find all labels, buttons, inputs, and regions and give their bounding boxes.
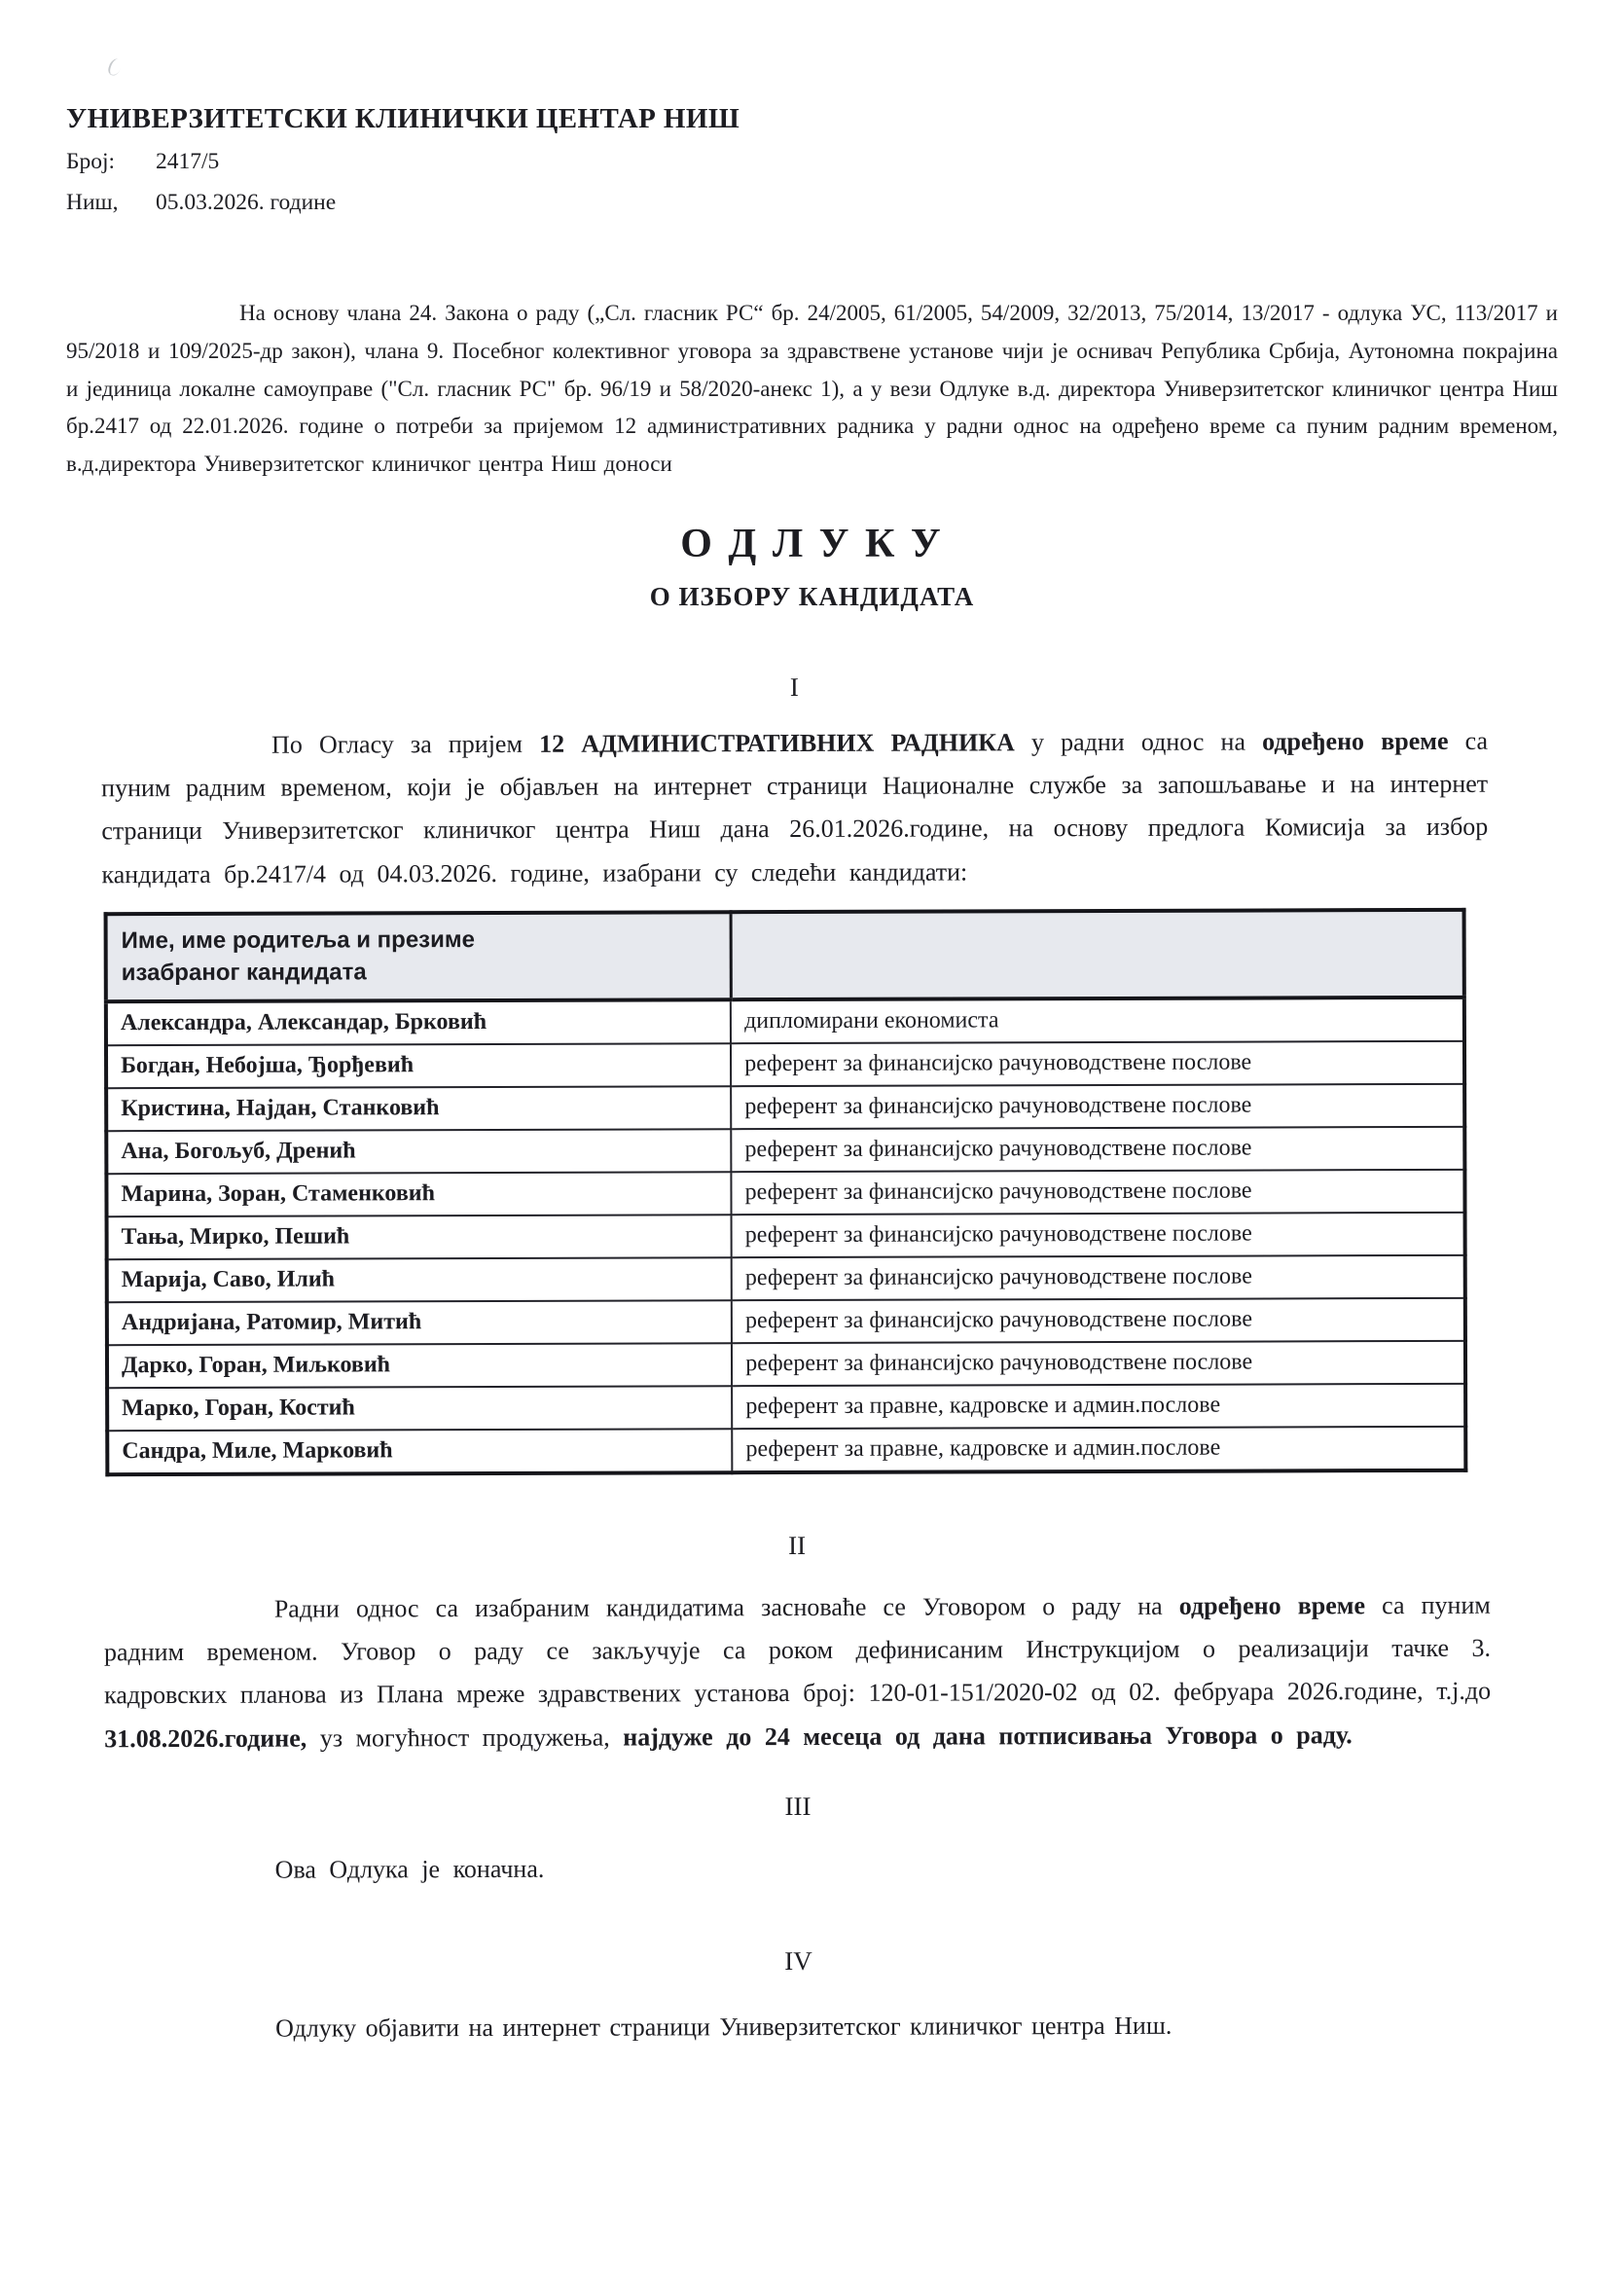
place-label: Ниш, bbox=[66, 188, 156, 218]
text-run-bold: одређено време bbox=[1179, 1591, 1365, 1620]
candidate-position-cell: референт за правне, кадровске и админ.по… bbox=[732, 1427, 1465, 1472]
candidate-position-cell: референт за финансијско рачуноводствене … bbox=[732, 1255, 1465, 1300]
candidate-position-cell: референт за финансијско рачуноводствене … bbox=[732, 1213, 1465, 1257]
place-date-line: Ниш, 05.03.2026. године bbox=[66, 188, 1558, 218]
table-header: Име, име родитеља и презиме изабраног ка… bbox=[106, 910, 1464, 1001]
table-header-row: Име, име родитеља и презиме изабраног ка… bbox=[106, 910, 1464, 1001]
document-number-line: Број: 2417/5 bbox=[66, 147, 1558, 177]
candidate-position-cell: референт за финансијско рачуноводствене … bbox=[732, 1298, 1465, 1343]
document-page: УНИВЕРЗИТЕТСКИ КЛИНИЧКИ ЦЕНТАР НИШ Број:… bbox=[0, 0, 1624, 2285]
decision-title: О Д Л У К У bbox=[66, 522, 1558, 566]
table-row: Марко, Горан, Костић референт за правне,… bbox=[107, 1384, 1465, 1431]
section-3-paragraph: Ова Одлука је коначна. bbox=[105, 1845, 1492, 1893]
section-2-paragraph: Радни однос са изабраним кандидатима зас… bbox=[104, 1584, 1492, 1760]
candidate-position-cell: референт за финансијско рачуноводствене … bbox=[731, 1041, 1464, 1086]
text-run: Радни однос са изабраним кандидатима зас… bbox=[274, 1592, 1179, 1623]
table-header-position-column bbox=[731, 910, 1464, 999]
text-run-bold: 31.08.2026.године, bbox=[104, 1723, 307, 1753]
section-numeral-2: II bbox=[104, 1527, 1491, 1566]
table-row: Кристина, Најдан, Станковић референт за … bbox=[106, 1084, 1464, 1131]
text-run-bold: 12 АДМИНИСТРАТИВНИХ РАДНИКА bbox=[539, 728, 1015, 758]
candidate-name-cell: Марија, Саво, Илић bbox=[107, 1257, 732, 1302]
candidate-position-cell: референт за финансијско рачуноводствене … bbox=[731, 1084, 1464, 1129]
candidate-position-cell: референт за правне, кадровске и админ.по… bbox=[732, 1384, 1465, 1429]
table-row: Александра, Александар, Брковић дипломир… bbox=[106, 997, 1464, 1045]
section-1-paragraph: По Огласу за пријем 12 АДМИНИСТРАТИВНИХ … bbox=[101, 720, 1489, 896]
text-run-bold: најдуже до 24 месеца од дана потписивања… bbox=[623, 1721, 1353, 1751]
text-run: у радни однос на bbox=[1015, 728, 1262, 757]
table-row: Сандра, Миле, Марковић референт за правн… bbox=[107, 1427, 1465, 1474]
decision-subtitle: О ИЗБОРУ КАНДИДАТА bbox=[66, 581, 1558, 612]
candidate-position-cell: референт за финансијско рачуноводствене … bbox=[731, 1127, 1464, 1172]
candidate-position-cell: референт за финансијско рачуноводствене … bbox=[732, 1170, 1465, 1215]
decision-body: I По Огласу за пријем 12 АДМИНИСТРАТИВНИ… bbox=[101, 669, 1492, 2051]
table-header-name-label: Име, име родитеља и презиме изабраног ка… bbox=[122, 925, 550, 989]
section-numeral-1: I bbox=[101, 669, 1488, 707]
candidates-table: Име, име родитеља и презиме изабраног ка… bbox=[104, 908, 1468, 1476]
table-header-name-column: Име, име родитеља и презиме изабраног ка… bbox=[106, 912, 731, 1001]
text-run: По Огласу за пријем bbox=[271, 730, 539, 759]
section-numeral-3: III bbox=[104, 1787, 1491, 1826]
table-row: Богдан, Небојша, Ђорђевић референт за фи… bbox=[106, 1041, 1464, 1088]
candidate-name-cell: Ана, Богољуб, Дренић bbox=[106, 1129, 731, 1174]
candidate-name-cell: Александра, Александар, Брковић bbox=[106, 999, 731, 1045]
candidate-name-cell: Марина, Зоран, Стаменковић bbox=[106, 1172, 731, 1216]
table-body: Александра, Александар, Брковић дипломир… bbox=[106, 997, 1466, 1474]
date-value: 05.03.2026. године bbox=[156, 188, 336, 218]
number-value: 2417/5 bbox=[156, 147, 219, 177]
candidate-name-cell: Андријана, Ратомир, Митић bbox=[107, 1300, 732, 1345]
candidate-position-cell: референт за финансијско рачуноводствене … bbox=[732, 1341, 1465, 1386]
text-run: уз могућност продужења, bbox=[307, 1723, 623, 1752]
table-row: Дарко, Горан, Миљковић референт за финан… bbox=[107, 1341, 1465, 1388]
candidate-position-cell: дипломирани економиста bbox=[731, 997, 1464, 1043]
preamble-paragraph: На основу члана 24. Закона о раду („Сл. … bbox=[66, 295, 1558, 483]
text-run-bold: одређено време bbox=[1262, 727, 1448, 756]
section-4-paragraph: Одлуку објавити на интернет страници Уни… bbox=[105, 2004, 1492, 2051]
candidate-name-cell: Тања, Мирко, Пешић bbox=[107, 1215, 732, 1259]
candidate-name-cell: Кристина, Најдан, Станковић bbox=[106, 1086, 731, 1131]
letterhead: УНИВЕРЗИТЕТСКИ КЛИНИЧКИ ЦЕНТАР НИШ Број:… bbox=[66, 0, 1558, 217]
org-name: УНИВЕРЗИТЕТСКИ КЛИНИЧКИ ЦЕНТАР НИШ bbox=[66, 101, 1558, 136]
candidate-name-cell: Богдан, Небојша, Ђорђевић bbox=[106, 1043, 731, 1088]
candidate-name-cell: Марко, Горан, Костић bbox=[107, 1386, 732, 1431]
table-row: Ана, Богољуб, Дренић референт за финанси… bbox=[106, 1127, 1464, 1174]
candidate-name-cell: Сандра, Миле, Марковић bbox=[107, 1429, 732, 1474]
table-row: Андријана, Ратомир, Митић референт за фи… bbox=[107, 1298, 1465, 1345]
table-row: Марина, Зоран, Стаменковић референт за ф… bbox=[106, 1170, 1464, 1216]
candidate-name-cell: Дарко, Горан, Миљковић bbox=[107, 1343, 732, 1388]
number-label: Број: bbox=[66, 147, 156, 177]
section-numeral-4: IV bbox=[105, 1942, 1492, 1981]
table-row: Марија, Саво, Илић референт за финансијс… bbox=[107, 1255, 1465, 1302]
table-row: Тања, Мирко, Пешић референт за финансијс… bbox=[107, 1213, 1465, 1259]
